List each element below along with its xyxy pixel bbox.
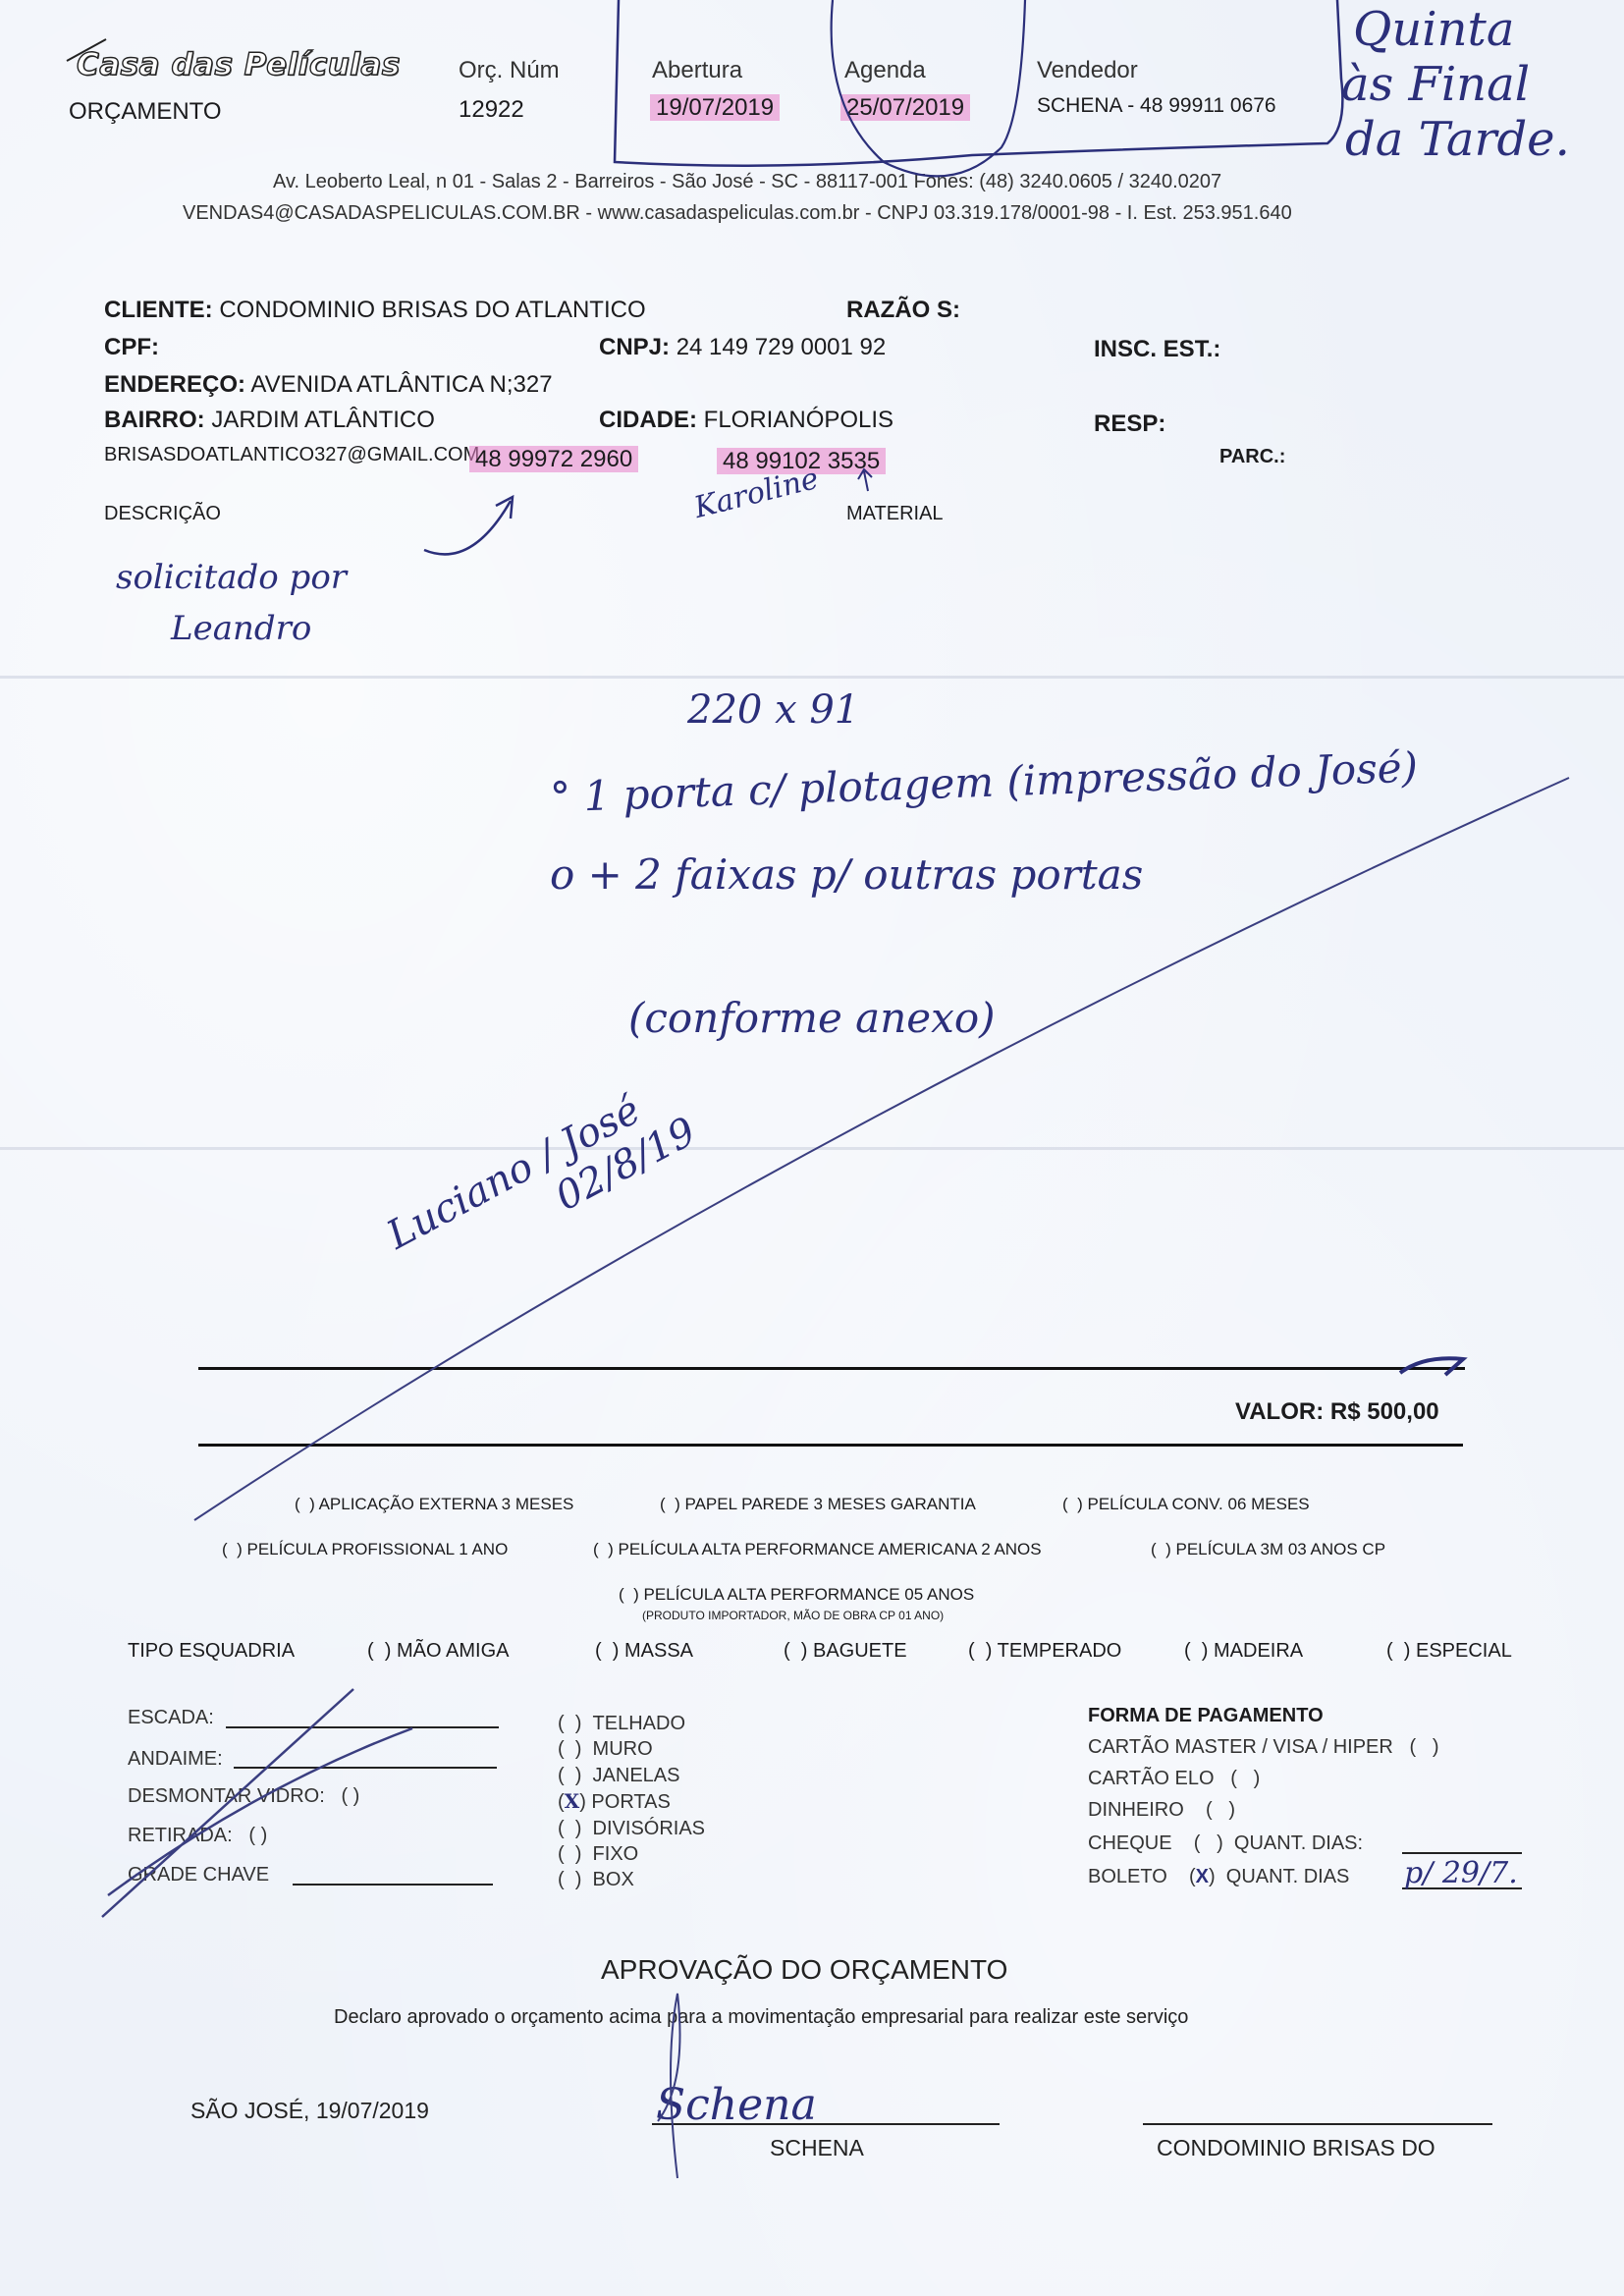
option-pelicula-alta-americana[interactable]: ( ) PELÍCULA ALTA PERFORMANCE AMERICANA …	[593, 1540, 1042, 1559]
seller-signature-line	[652, 2123, 1000, 2125]
option-papel-parede[interactable]: ( ) PAPEL PAREDE 3 MESES GARANTIA	[660, 1495, 976, 1514]
andaime-field[interactable]	[234, 1767, 497, 1769]
abertura-label: Abertura	[652, 57, 742, 84]
abertura-value: 19/07/2019	[650, 94, 780, 122]
payment-boleto[interactable]: BOLETO (X) QUANT. DIAS	[1088, 1866, 1349, 1888]
quote-document: Casa das Películas ORÇAMENTO Orç. Núm 12…	[0, 0, 1624, 2296]
local-divisorias[interactable]: ( ) DIVISÓRIAS	[558, 1816, 705, 1841]
andaime-label: ANDAIME:	[128, 1748, 223, 1771]
local-telhado[interactable]: ( ) TELHADO	[558, 1711, 705, 1736]
option-pelicula-conv[interactable]: ( ) PELÍCULA CONV. 06 MESES	[1062, 1495, 1310, 1514]
company-address: Av. Leoberto Leal, n 01 - Salas 2 - Barr…	[273, 171, 1221, 193]
payment-title: FORMA DE PAGAMENTO	[1088, 1705, 1324, 1727]
parc-label: PARC.:	[1219, 446, 1285, 468]
handwritten-schedule-note: Quinta às Final da Tarde.	[1353, 2, 1570, 167]
escada-field[interactable]	[226, 1726, 499, 1728]
escada-label: ESCADA:	[128, 1707, 214, 1729]
material-label: MATERIAL	[846, 503, 944, 525]
option-pelicula-alta-05-note: (PRODUTO IMPORTADOR, MÃO DE OBRA CP 01 A…	[642, 1609, 944, 1622]
desmontar-vidro-field[interactable]: DESMONTAR VIDRO: ( )	[128, 1785, 359, 1808]
local-box[interactable]: ( ) BOX	[558, 1867, 705, 1892]
pen-circle-agenda	[832, 0, 1025, 176]
company-logo: Casa das Películas	[77, 47, 401, 82]
vendedor-label: Vendedor	[1037, 57, 1138, 84]
company-contact: VENDAS4@CASADASPELICULAS.COM.BR - www.ca…	[183, 202, 1292, 225]
local-options: ( ) TELHADO ( ) MURO ( ) JANELAS (X) POR…	[558, 1711, 705, 1893]
client-signature-line[interactable]	[1143, 2123, 1492, 2125]
seller-name: SCHENA	[770, 2135, 864, 2161]
payment-dinheiro[interactable]: DINHEIRO ( )	[1088, 1799, 1235, 1822]
local-janelas[interactable]: ( ) JANELAS	[558, 1763, 705, 1788]
cnpj-field: CNPJ: 24 149 729 0001 92	[599, 334, 886, 361]
esquadria-mao-amiga[interactable]: ( ) MÃO AMIGA	[367, 1640, 509, 1663]
endereco-field: ENDEREÇO: AVENIDA ATLÂNTICA N;327	[104, 371, 553, 399]
razao-label: RAZÃO S:	[846, 297, 960, 324]
payment-cartao-master[interactable]: CARTÃO MASTER / VISA / HIPER ( )	[1088, 1736, 1438, 1759]
option-pelicula-profissional[interactable]: ( ) PELÍCULA PROFISSIONAL 1 ANO	[222, 1540, 508, 1559]
resp-label: RESP:	[1094, 410, 1165, 438]
payment-cheque[interactable]: CHEQUE ( ) QUANT. DIAS:	[1088, 1832, 1363, 1855]
cpf-label: CPF:	[104, 334, 159, 361]
boleto-dias-value: p/ 29/7.	[1404, 1856, 1518, 1890]
document-type: ORÇAMENTO	[69, 98, 222, 126]
handwritten-item-3: (conforme anexo)	[628, 994, 996, 1042]
orc-num-value: 12922	[459, 96, 524, 124]
paper-fold	[0, 676, 1624, 679]
value-rule-top	[198, 1367, 1465, 1370]
cliente-field: CLIENTE: CONDOMINIO BRISAS DO ATLANTICO	[104, 297, 646, 324]
approval-title: APROVAÇÃO DO ORÇAMENTO	[601, 1954, 1007, 1986]
handwritten-dimensions: 220 x 91	[687, 687, 859, 733]
esquadria-madeira[interactable]: ( ) MADEIRA	[1184, 1640, 1303, 1663]
client-name: CONDOMINIO BRISAS DO	[1157, 2135, 1435, 2161]
handwritten-signoff: Luciano / José 02/8/19	[380, 1069, 703, 1298]
agenda-label: Agenda	[844, 57, 926, 84]
valor-field: VALOR: R$ 500,00	[1235, 1398, 1439, 1426]
retirada-field[interactable]: RETIRADA: ( )	[128, 1825, 267, 1847]
grade-chave-label: GRADE CHAVE	[128, 1864, 269, 1886]
cidade-field: CIDADE: FLORIANÓPOLIS	[599, 407, 893, 434]
esquadria-temperado[interactable]: ( ) TEMPERADO	[968, 1640, 1121, 1663]
place-date: SÃO JOSÉ, 19/07/2019	[190, 2098, 429, 2124]
cheque-dias-field[interactable]	[1402, 1852, 1522, 1854]
client-phone-1: 48 99972 2960	[469, 446, 638, 473]
grade-chave-field[interactable]	[293, 1884, 493, 1886]
client-email: BRISASDOATLANTICO327@GMAIL.COM	[104, 444, 479, 466]
esquadria-especial[interactable]: ( ) ESPECIAL	[1386, 1640, 1512, 1663]
approval-statement: Declaro aprovado o orçamento acima para …	[334, 2006, 1188, 2029]
local-fixo[interactable]: ( ) FIXO	[558, 1841, 705, 1867]
local-muro[interactable]: ( ) MURO	[558, 1736, 705, 1762]
handwritten-item-2: o + 2 faixas p/ outras portas	[550, 850, 1143, 899]
paper-fold	[0, 1147, 1624, 1150]
descricao-label: DESCRIÇÃO	[104, 503, 221, 525]
local-portas[interactable]: (X) PORTAS	[558, 1788, 705, 1815]
value-rule-bottom	[198, 1444, 1463, 1447]
esquadria-massa[interactable]: ( ) MASSA	[595, 1640, 693, 1663]
esquadria-baguete[interactable]: ( ) BAGUETE	[784, 1640, 907, 1663]
vendedor-value: SCHENA - 48 99911 0676	[1037, 94, 1276, 118]
handwritten-item-1: ° 1 porta c/ plotagem (impressão do José…	[549, 743, 1418, 822]
insc-est-label: INSC. EST.:	[1094, 336, 1220, 363]
handwritten-requested-by: solicitado por Leandro	[116, 552, 347, 654]
bairro-field: BAIRRO: JARDIM ATLÂNTICO	[104, 407, 435, 434]
option-pelicula-alta-05[interactable]: ( ) PELÍCULA ALTA PERFORMANCE 05 ANOS	[619, 1585, 974, 1605]
option-aplicacao-externa[interactable]: ( ) APLICAÇÃO EXTERNA 3 MESES	[295, 1495, 573, 1514]
option-pelicula-3m[interactable]: ( ) PELÍCULA 3M 03 ANOS CP	[1151, 1540, 1385, 1559]
agenda-value: 25/07/2019	[840, 94, 970, 122]
tipo-esquadria-label: TIPO ESQUADRIA	[128, 1640, 295, 1663]
arrow-icon	[424, 497, 513, 554]
orc-num-label: Orç. Núm	[459, 57, 560, 84]
payment-cartao-elo[interactable]: CARTÃO ELO ( )	[1088, 1768, 1260, 1790]
